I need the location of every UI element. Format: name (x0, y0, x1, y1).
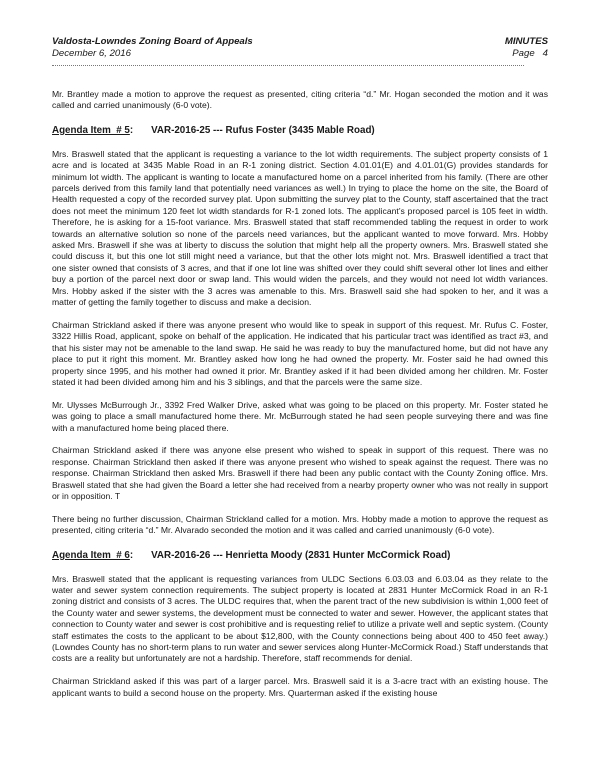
agenda-colon: : (130, 550, 133, 561)
page-number: Page 4 (505, 48, 548, 60)
agenda-title: VAR-2016-25 --- Rufus Foster (3435 Mable… (151, 125, 375, 136)
document-title: Valdosta-Lowndes Zoning Board of Appeals (52, 36, 253, 48)
header-divider (52, 65, 524, 66)
agenda-colon: : (130, 125, 133, 136)
intro-paragraph: Mr. Brantley made a motion to approve th… (52, 89, 548, 112)
meeting-date: December 6, 2016 (52, 48, 253, 60)
paragraph: Mrs. Braswell stated that the applicant … (52, 574, 548, 665)
header-right: MINUTES Page 4 (505, 36, 548, 60)
agenda-heading-5: Agenda Item # 5:VAR-2016-25 --- Rufus Fo… (52, 125, 548, 137)
paragraph: There being no further discussion, Chair… (52, 514, 548, 537)
agenda-label: Agenda Item # 6 (52, 550, 130, 561)
agenda-label: Agenda Item # 5 (52, 125, 130, 136)
spacer (52, 388, 548, 399)
paragraph: Chairman Strickland asked if there was a… (52, 320, 548, 388)
page-header: Valdosta-Lowndes Zoning Board of Appeals… (52, 36, 548, 66)
paragraph: Mr. Ulysses McBurrough Jr., 3392 Fred Wa… (52, 400, 548, 434)
minutes-label: MINUTES (505, 36, 548, 48)
paragraph: Chairman Strickland asked if there was a… (52, 445, 548, 502)
document-page: Valdosta-Lowndes Zoning Board of Appeals… (52, 36, 548, 699)
header-left: Valdosta-Lowndes Zoning Board of Appeals… (52, 36, 253, 60)
paragraph: Chairman Strickland asked if this was pa… (52, 676, 548, 699)
spacer (52, 309, 548, 320)
agenda-heading-6: Agenda Item # 6:VAR-2016-26 --- Henriett… (52, 550, 548, 562)
agenda-title: VAR-2016-26 --- Henrietta Moody (2831 Hu… (151, 550, 450, 561)
paragraph: Mrs. Braswell stated that the applicant … (52, 149, 548, 309)
spacer (52, 502, 548, 513)
spacer (52, 665, 548, 676)
spacer (52, 434, 548, 445)
